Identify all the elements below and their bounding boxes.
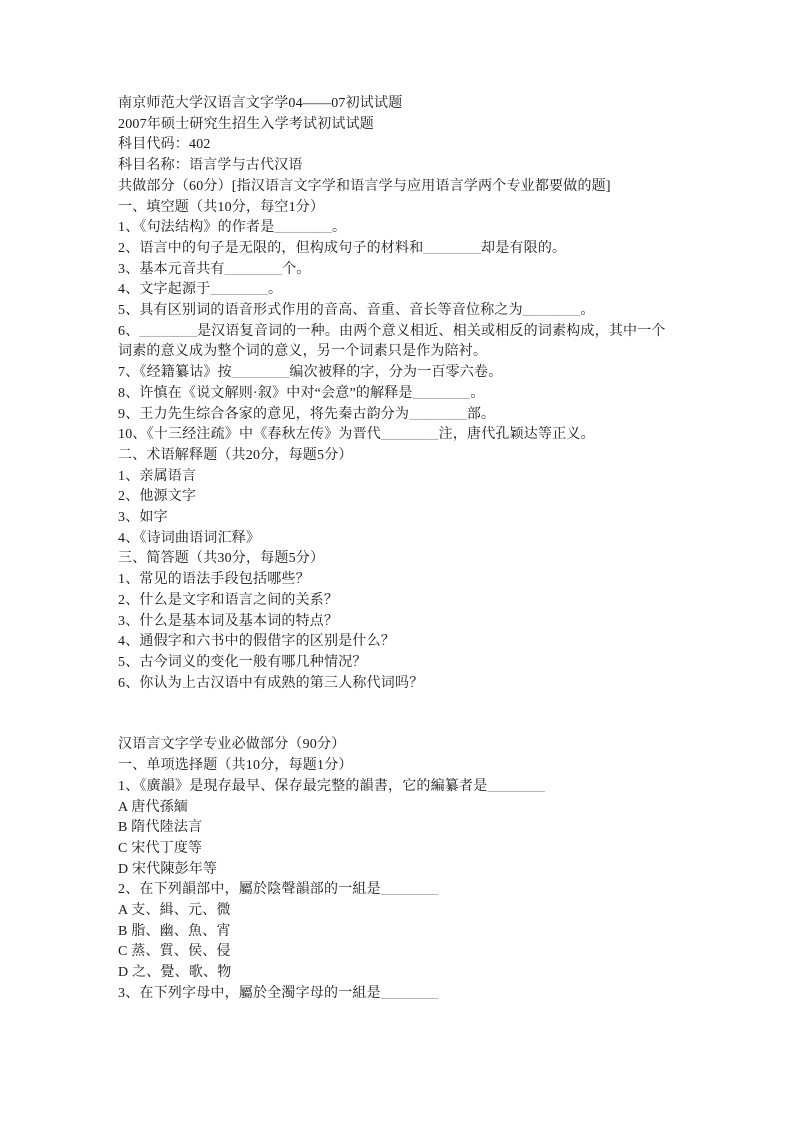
fill-q2: 2、语言中的句子是无限的，但构成句子的材料和________却是有限的。: [118, 239, 668, 260]
mc-q2-choice-c: C 蒸、質、侯、侵: [118, 942, 668, 963]
short-q6: 6、你认为上古汉语中有成熟的第三人称代词吗？: [118, 674, 668, 695]
mc-q1-choice-b: B 隋代陸法言: [118, 818, 668, 839]
mc-q1: 1、《廣韻》是現存最早、保存最完整的韻書，它的編纂者是________: [118, 777, 668, 798]
fill-q10: 10、《十三经注疏》中《春秋左传》为晋代________注，唐代孔颖达等正义。: [118, 425, 668, 446]
term-q1: 1、亲属语言: [118, 467, 668, 488]
short-q4: 4、通假字和六书中的假借字的区别是什么？: [118, 632, 668, 653]
mc-q1-choice-c: C 宋代丁度等: [118, 839, 668, 860]
major-part-heading: 汉语言文字学专业必做部分（90分）: [118, 735, 668, 756]
fill-q9: 9、王力先生综合各家的意见，将先秦古韵分为________部。: [118, 405, 668, 426]
exam-subtitle: 2007年硕士研究生招生入学考试初试试题: [118, 115, 668, 136]
short-q2: 2、什么是文字和语言之间的关系？: [118, 591, 668, 612]
blank-underline: ________: [423, 241, 481, 256]
common-part-heading: 共做部分（60分）[指汉语言文字学和语言学与应用语言学两个专业都要做的题]: [118, 177, 668, 198]
doc-title: 南京师范大学汉语言文字学04——07初试试题: [118, 94, 668, 115]
mc-section-heading: 一、单项选择题（共10分，每题1分）: [118, 756, 668, 777]
fill-q4: 4、文字起源于________。: [118, 280, 668, 301]
mc-q2-choice-a: A 支、緝、元、微: [118, 901, 668, 922]
blank-underline: ________: [381, 427, 439, 442]
blank-underline: ________: [413, 386, 471, 401]
fill-q1: 1、《句法结构》的作者是________。: [118, 218, 668, 239]
blank-underline: ________: [232, 365, 290, 380]
blank-underline: ________: [274, 220, 332, 235]
subject-code: 科目代码：402: [118, 135, 668, 156]
mc-q2: 2、在下列韻部中，屬於陰聲韻部的一組是________: [118, 880, 668, 901]
fill-q5: 5、具有区别词的语音形式作用的音高、音重、音长等音位称之为________。: [118, 301, 668, 322]
mc-q1-choice-d: D 宋代陳彭年等: [118, 860, 668, 881]
fill-q3: 3、基本元音共有________个。: [118, 260, 668, 281]
term-section-heading: 二、术语解释题（共20分，每题5分）: [118, 446, 668, 467]
exam-document-page: 南京师范大学汉语言文字学04——07初试试题 2007年硕士研究生招生入学考试初…: [118, 94, 668, 1005]
fill-q8: 8、许慎在《说文解则·叙》中对“会意”的解释是________。: [118, 384, 668, 405]
term-q3: 3、如字: [118, 508, 668, 529]
mc-q1-choice-a: A 唐代孫緬: [118, 798, 668, 819]
short-q1: 1、常见的语法手段包括哪些？: [118, 570, 668, 591]
mc-q2-choice-d: D 之、覺、歌、物: [118, 963, 668, 984]
subject-name: 科目名称：语言学与古代汉语: [118, 156, 668, 177]
blank-underline: ________: [381, 882, 439, 897]
fill-q6: 6、________是汉语复音词的一种。由两个意义相近、相关或相反的词素构成，其…: [118, 322, 668, 363]
blank-underline: ________: [487, 779, 545, 794]
fill-q7: 7、《经籍纂诂》按________编次被释的字，分为一百零六卷。: [118, 363, 668, 384]
short-q5: 5、古今词义的变化一般有哪几种情况？: [118, 653, 668, 674]
short-q3: 3、什么是基本词及基本词的特点？: [118, 612, 668, 633]
blank-underline: ________: [210, 282, 268, 297]
mc-q2-choice-b: B 脂、幽、魚、宵: [118, 922, 668, 943]
term-q4: 4、《诗词曲语词汇释》: [118, 529, 668, 550]
fill-blank-section-heading: 一、填空题（共10分，每空1分）: [118, 198, 668, 219]
term-q2: 2、他源文字: [118, 487, 668, 508]
blank-underline: ________: [381, 986, 439, 1001]
blank-underline: ________: [409, 407, 467, 422]
mc-q3: 3、在下列字母中，屬於全濁字母的一組是________: [118, 984, 668, 1005]
blank-underline: ________: [139, 324, 197, 339]
short-answer-section-heading: 三、简答题（共30分，每题5分）: [118, 549, 668, 570]
blank-underline: ________: [225, 262, 283, 277]
blank-underline: ________: [523, 303, 581, 318]
